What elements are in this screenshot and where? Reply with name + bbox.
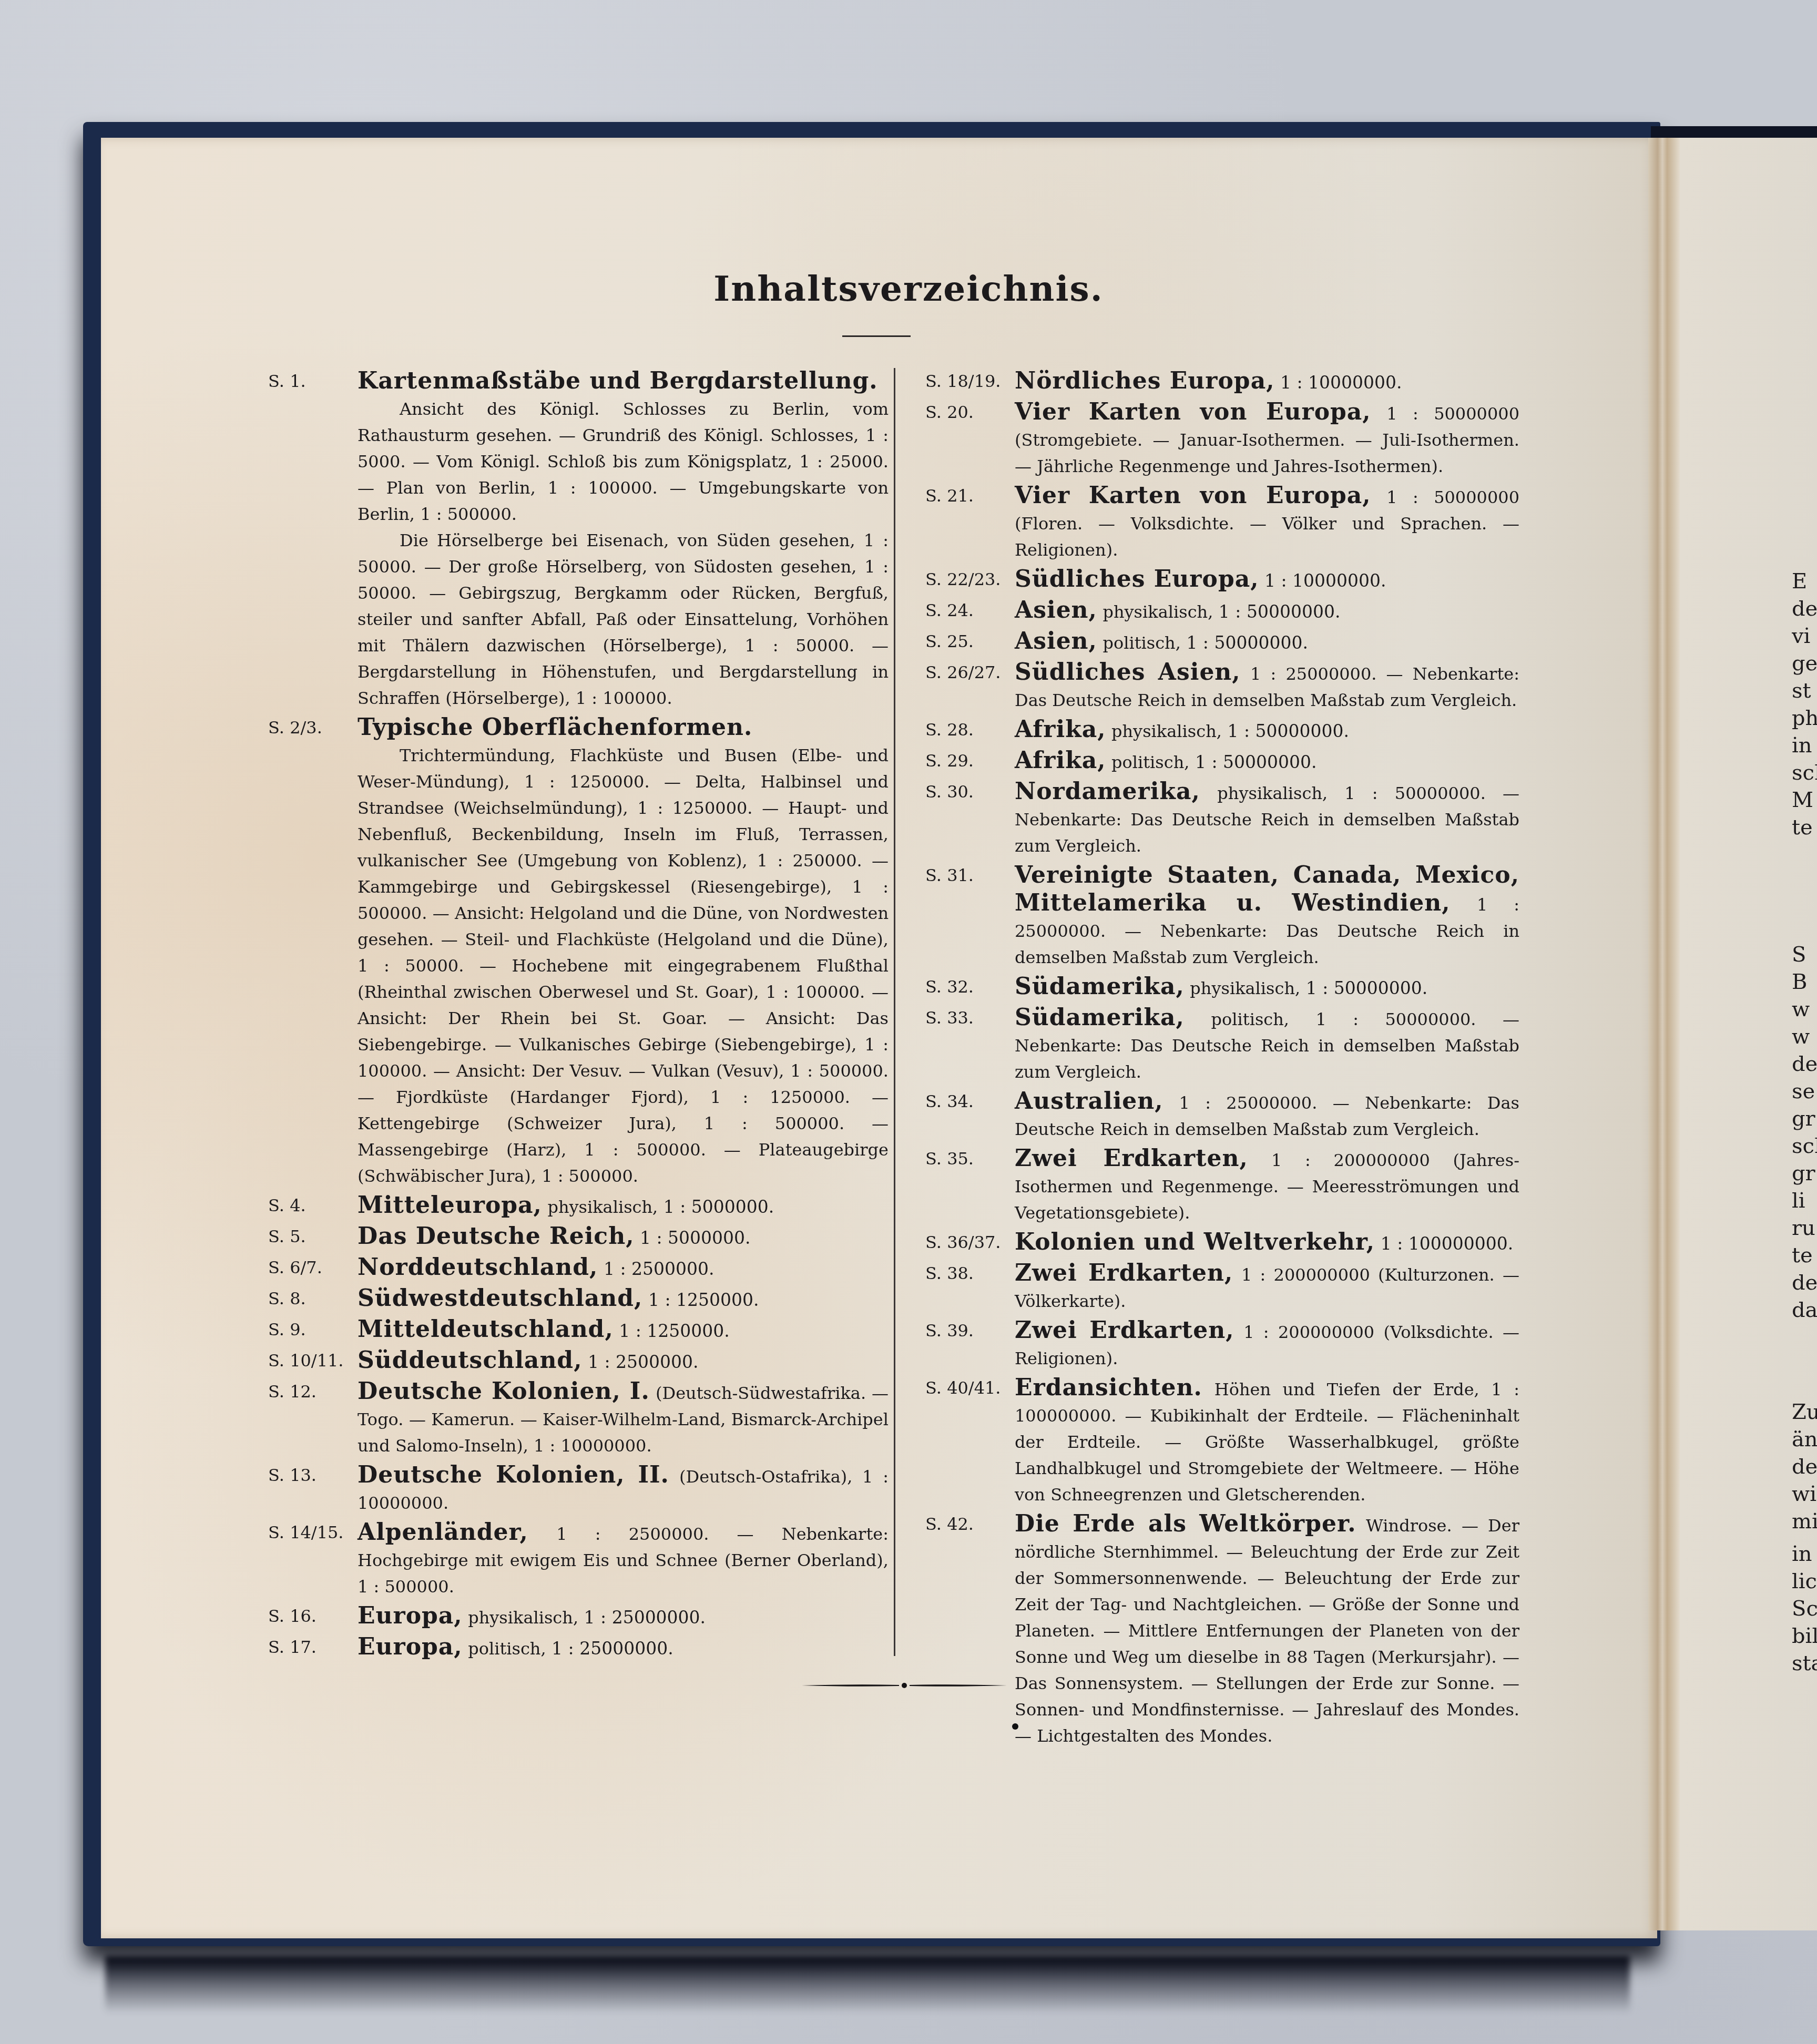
entry-heading: Die Erde als Weltkörper. xyxy=(1015,1510,1356,1537)
entry-heading: Südliches Europa, xyxy=(1015,566,1259,592)
facing-page-text-bottom: inlichSchbildstal xyxy=(1792,1540,1817,1677)
entry-body: Vier Karten von Europa, 1 : 50000000 (Fl… xyxy=(1015,483,1519,563)
entry-body: Norddeutschland, 1 : 2500000. xyxy=(358,1254,889,1282)
entry-heading: Afrika, xyxy=(1015,747,1106,774)
toc-entry: S. 18/19.Nördliches Europa, 1 : 10000000… xyxy=(925,368,1519,396)
entry-body: Asien, politisch, 1 : 50000000. xyxy=(1015,628,1519,656)
entry-body: Alpenländer, 1 : 2500000. — Nebenkarte: … xyxy=(358,1519,889,1600)
entry-heading: Typische Oberflächenformen. xyxy=(358,714,752,741)
entry-description: Trichtermündung, Flachküste und Busen (E… xyxy=(358,742,889,1189)
entry-body: Zwei Erdkarten, 1 : 200000000 (Kulturzon… xyxy=(1015,1260,1519,1314)
entry-body: Mitteleuropa, physikalisch, 1 : 5000000. xyxy=(358,1192,889,1220)
entry-note: Windrose. — Der nördliche Sternhimmel. —… xyxy=(1015,1516,1519,1746)
toc-entry: S. 32.Südamerika, physikalisch, 1 : 5000… xyxy=(925,974,1519,1001)
facing-page-text-top: EdevigestphinschMte xyxy=(1792,568,1817,841)
entry-body: Südliches Asien, 1 : 25000000. — Nebenka… xyxy=(1015,659,1519,713)
page-number: S. 17. xyxy=(268,1634,358,1662)
entry-heading: Nordamerika, xyxy=(1015,778,1200,805)
entry-body: Zwei Erdkarten, 1 : 200000000 (Volksdich… xyxy=(1015,1317,1519,1372)
entry-body: Erdansichten. Höhen und Tiefen der Erde,… xyxy=(1015,1375,1519,1508)
entry-body: Deutsche Kolonien, II. (Deutsch-Ostafrik… xyxy=(358,1462,889,1516)
facing-page-line: w xyxy=(1792,996,1817,1023)
facing-page-line: lich xyxy=(1792,1568,1817,1595)
page-number: S. 5. xyxy=(268,1223,358,1251)
entry-body: Typische Oberflächenformen.Trichtermündu… xyxy=(358,714,889,1189)
toc-entry: S. 17.Europa, politisch, 1 : 25000000. xyxy=(268,1634,889,1662)
toc-entry: S. 31.Vereinigte Staaten, Canada, Mexico… xyxy=(925,862,1519,970)
entry-heading: Südwestdeutschland, xyxy=(358,1285,642,1312)
entry-note: physikalisch, xyxy=(547,1197,658,1217)
facing-page-line: der xyxy=(1792,1453,1817,1480)
entry-heading: Deutsche Kolonien, II. xyxy=(358,1462,669,1488)
page-number: S. 40/41. xyxy=(925,1375,1015,1508)
facing-page-line: E xyxy=(1792,568,1817,595)
page-number: S. 35. xyxy=(925,1146,1015,1226)
toc-entry: S. 1.Kartenmaßstäbe und Bergdarstellung.… xyxy=(268,368,889,711)
entry-body: Vier Karten von Europa, 1 : 50000000 (St… xyxy=(1015,399,1519,479)
toc-entry: S. 39.Zwei Erdkarten, 1 : 200000000 (Vol… xyxy=(925,1317,1519,1372)
toc-entry: S. 22/23.Südliches Europa, 1 : 10000000. xyxy=(925,566,1519,594)
toc-entry: S. 33.Südamerika, politisch, 1 : 5000000… xyxy=(925,1005,1519,1085)
toc-entry: S. 24.Asien, physikalisch, 1 : 50000000. xyxy=(925,597,1519,625)
page-number: S. 28. xyxy=(925,717,1015,744)
toc-entry: S. 29.Afrika, politisch, 1 : 50000000. xyxy=(925,748,1519,775)
facing-page-line: te xyxy=(1792,814,1817,841)
title-rule xyxy=(842,335,911,337)
toc-entry: S. 35.Zwei Erdkarten, 1 : 200000000 (Jah… xyxy=(925,1146,1519,1226)
entry-scale: 1 : 25000000. xyxy=(584,1607,706,1628)
facing-page-line: der xyxy=(1792,1269,1817,1296)
entry-heading: Mitteleuropa, xyxy=(358,1192,542,1219)
toc-entry: S. 13.Deutsche Kolonien, II. (Deutsch-Os… xyxy=(268,1462,889,1516)
entry-heading: Europa, xyxy=(358,1602,463,1629)
entry-scale: 1 : 1250000. xyxy=(648,1290,759,1310)
facing-page-line: dar xyxy=(1792,1296,1817,1324)
toc-entry: S. 26/27.Südliches Asien, 1 : 25000000. … xyxy=(925,659,1519,713)
entry-scale: 1 : 10000000. xyxy=(1280,372,1402,393)
facing-page-line: in xyxy=(1792,1540,1817,1568)
entry-body: Europa, physikalisch, 1 : 25000000. xyxy=(358,1603,889,1631)
page-number: S. 24. xyxy=(925,597,1015,625)
entry-scale: 1 : 5000000. xyxy=(640,1228,751,1248)
entry-heading: Vereinigte Staaten, Canada, Mexico, Mitt… xyxy=(1015,862,1519,916)
toc-entry: S. 34.Australien, 1 : 25000000. — Nebenk… xyxy=(925,1088,1519,1142)
entry-scale: 1 : 25000000. xyxy=(552,1638,673,1659)
toc-entry: S. 36/37.Kolonien und Weltverkehr, 1 : 1… xyxy=(925,1229,1519,1257)
facing-page-line: ru xyxy=(1792,1214,1817,1242)
facing-page-line: Zu xyxy=(1792,1398,1817,1426)
page-number: S. 42. xyxy=(925,1511,1015,1749)
toc-entry: S. 9.Mitteldeutschland, 1 : 1250000. xyxy=(268,1316,889,1344)
entry-body: Nordamerika, physikalisch, 1 : 50000000.… xyxy=(1015,779,1519,859)
entry-scale: 1 : 50000000. xyxy=(1195,752,1317,772)
entry-body: Zwei Erdkarten, 1 : 200000000 (Jahres-Is… xyxy=(1015,1146,1519,1226)
entry-heading: Erdansichten. xyxy=(1015,1374,1202,1401)
entry-heading: Südliches Asien, xyxy=(1015,659,1241,686)
entry-body: Mitteldeutschland, 1 : 1250000. xyxy=(358,1316,889,1344)
page-number: S. 13. xyxy=(268,1462,358,1516)
toc-entry: S. 5.Das Deutsche Reich, 1 : 5000000. xyxy=(268,1223,889,1251)
entry-heading: Alpenländer, xyxy=(358,1519,528,1546)
toc-entry: S. 30.Nordamerika, physikalisch, 1 : 500… xyxy=(925,779,1519,859)
page-number: S. 26/27. xyxy=(925,659,1015,713)
page-number: S. 29. xyxy=(925,748,1015,775)
toc-entry: S. 16.Europa, physikalisch, 1 : 25000000… xyxy=(268,1603,889,1631)
page-number: S. 1. xyxy=(268,368,358,711)
entry-note: politisch, xyxy=(468,1639,546,1659)
entry-heading: Süddeutschland, xyxy=(358,1347,582,1374)
end-ornament-icon xyxy=(802,1682,1007,1689)
facing-page-line: M xyxy=(1792,786,1817,814)
page-number: S. 30. xyxy=(925,779,1015,859)
facing-page-line: w xyxy=(1792,1023,1817,1050)
page-number: S. 18/19. xyxy=(925,368,1015,396)
book-gutter xyxy=(1648,138,1680,1930)
facing-page-line: mit xyxy=(1792,1508,1817,1535)
entry-heading: Mitteldeutschland, xyxy=(358,1316,614,1343)
entry-note: physikalisch, xyxy=(468,1608,578,1628)
entry-heading: Zwei Erdkarten, xyxy=(1015,1145,1248,1172)
book-shadow xyxy=(105,1956,1630,2014)
entry-body: Das Deutsche Reich, 1 : 5000000. xyxy=(358,1223,889,1251)
toc-entry: S. 2/3.Typische Oberflächenformen.Tricht… xyxy=(268,714,889,1189)
facing-page-line: S xyxy=(1792,941,1817,968)
entry-heading: Europa, xyxy=(358,1633,463,1660)
facing-page-line: gr xyxy=(1792,1105,1817,1132)
toc-entry: S. 38.Zwei Erdkarten, 1 : 200000000 (Kul… xyxy=(925,1260,1519,1314)
page-number: S. 2/3. xyxy=(268,714,358,1189)
entry-heading: Australien, xyxy=(1015,1088,1163,1115)
toc-entry: S. 6/7.Norddeutschland, 1 : 2500000. xyxy=(268,1254,889,1282)
page-title: Inhaltsverzeichnis. xyxy=(0,268,1817,309)
entry-scale: 1 : 50000000. xyxy=(1227,721,1349,741)
page-number: S. 33. xyxy=(925,1005,1015,1085)
entry-body: Afrika, physikalisch, 1 : 50000000. xyxy=(1015,717,1519,744)
entry-note: physikalisch, xyxy=(1103,602,1213,622)
page-number: S. 12. xyxy=(268,1378,358,1459)
page-number: S. 4. xyxy=(268,1192,358,1220)
entry-body: Nördliches Europa, 1 : 10000000. xyxy=(1015,368,1519,396)
page-number: S. 9. xyxy=(268,1316,358,1344)
ink-dot xyxy=(1012,1723,1018,1730)
entry-note: politisch, xyxy=(1111,752,1189,772)
page-number: S. 34. xyxy=(925,1088,1015,1142)
entry-body: Südliches Europa, 1 : 10000000. xyxy=(1015,566,1519,594)
page-number: S. 14/15. xyxy=(268,1519,358,1600)
page-number: S. 39. xyxy=(925,1317,1015,1372)
toc-entry: S. 12.Deutsche Kolonien, I. (Deutsch-Süd… xyxy=(268,1378,889,1459)
entry-scale: 1 : 50000000. xyxy=(1306,978,1428,998)
toc-entry: S. 21.Vier Karten von Europa, 1 : 500000… xyxy=(925,483,1519,563)
entry-heading: Zwei Erdkarten, xyxy=(1015,1260,1233,1286)
toc-entry: S. 25.Asien, politisch, 1 : 50000000. xyxy=(925,628,1519,656)
entry-body: Südamerika, politisch, 1 : 50000000. — N… xyxy=(1015,1005,1519,1085)
page-number: S. 36/37. xyxy=(925,1229,1015,1257)
entry-heading: Asien, xyxy=(1015,597,1097,624)
toc-entry: S. 10/11.Süddeutschland, 1 : 2500000. xyxy=(268,1347,889,1375)
page-number: S. 38. xyxy=(925,1260,1015,1314)
toc-entry: S. 14/15.Alpenländer, 1 : 2500000. — Neb… xyxy=(268,1519,889,1600)
page-number: S. 25. xyxy=(925,628,1015,656)
entry-body: Vereinigte Staaten, Canada, Mexico, Mitt… xyxy=(1015,862,1519,970)
toc-right-column: S. 18/19.Nördliches Europa, 1 : 10000000… xyxy=(925,368,1519,1752)
entry-heading: Kolonien und Weltverkehr, xyxy=(1015,1229,1375,1255)
page-number: S. 16. xyxy=(268,1603,358,1631)
entry-description: Die Hörselberge bei Eisenach, von Süden … xyxy=(358,527,889,711)
page-number: S. 8. xyxy=(268,1285,358,1313)
toc-entry: S. 20.Vier Karten von Europa, 1 : 500000… xyxy=(925,399,1519,479)
entry-note: physikalisch, xyxy=(1190,978,1300,998)
facing-page-line: äni xyxy=(1792,1426,1817,1453)
facing-page-text-lower: Zuäniderwirmit xyxy=(1792,1398,1817,1535)
entry-body: Deutsche Kolonien, I. (Deutsch-Südwestaf… xyxy=(358,1378,889,1459)
facing-page-line: wir xyxy=(1792,1480,1817,1508)
entry-scale: 1 : 100000000. xyxy=(1381,1233,1514,1254)
entry-body: Kartenmaßstäbe und Bergdarstellung.Ansic… xyxy=(358,368,889,711)
facing-page-line: sch xyxy=(1792,759,1817,786)
column-divider xyxy=(894,368,895,1656)
facing-page-line: vi xyxy=(1792,622,1817,650)
facing-page-line: te xyxy=(1792,1242,1817,1269)
facing-page-line: in xyxy=(1792,732,1817,759)
entry-scale: 1 : 50000000. xyxy=(1219,601,1341,622)
entry-body: Europa, politisch, 1 : 25000000. xyxy=(358,1634,889,1662)
page-number: S. 22/23. xyxy=(925,566,1015,594)
entry-body: Südamerika, physikalisch, 1 : 50000000. xyxy=(1015,974,1519,1001)
facing-page-line: ge xyxy=(1792,650,1817,677)
entry-note: physikalisch, xyxy=(1111,721,1222,741)
entry-heading: Deutsche Kolonien, I. xyxy=(358,1378,650,1405)
facing-page-line: st xyxy=(1792,677,1817,704)
facing-page-line: de xyxy=(1792,595,1817,622)
facing-page-line: bild xyxy=(1792,1622,1817,1650)
toc-entry: S. 8.Südwestdeutschland, 1 : 1250000. xyxy=(268,1285,889,1313)
facing-page-line: se xyxy=(1792,1078,1817,1105)
entry-body: Kolonien und Weltverkehr, 1 : 100000000. xyxy=(1015,1229,1519,1257)
entry-heading: Asien, xyxy=(1015,628,1097,655)
entry-heading: Vier Karten von Europa, xyxy=(1015,482,1371,509)
toc-entry: S. 28.Afrika, physikalisch, 1 : 50000000… xyxy=(925,717,1519,744)
entry-body: Asien, physikalisch, 1 : 50000000. xyxy=(1015,597,1519,625)
facing-page-text-middle: SBwwdesegrschgrlirutederdar xyxy=(1792,941,1817,1324)
entry-heading: Südamerika, xyxy=(1015,973,1185,1000)
page-number: S. 10/11. xyxy=(268,1347,358,1375)
entry-heading: Afrika, xyxy=(1015,716,1106,743)
entry-body: Südwestdeutschland, 1 : 1250000. xyxy=(358,1285,889,1313)
entry-scale: 1 : 2500000. xyxy=(604,1259,714,1279)
facing-page-line: B xyxy=(1792,968,1817,996)
entry-description: Ansicht des Königl. Schlosses zu Berlin,… xyxy=(358,396,889,527)
entry-body: Afrika, politisch, 1 : 50000000. xyxy=(1015,748,1519,775)
facing-page-line: sch xyxy=(1792,1132,1817,1160)
entry-scale: 1 : 50000000. xyxy=(1186,632,1308,653)
toc-entry: S. 4.Mitteleuropa, physikalisch, 1 : 500… xyxy=(268,1192,889,1220)
entry-scale: 1 : 1250000. xyxy=(619,1321,730,1341)
entry-body: Australien, 1 : 25000000. — Nebenkarte: … xyxy=(1015,1088,1519,1142)
page-number: S. 31. xyxy=(925,862,1015,970)
entry-heading: Norddeutschland, xyxy=(358,1254,598,1281)
toc-entry: S. 42.Die Erde als Weltkörper. Windrose.… xyxy=(925,1511,1519,1749)
entry-heading: Zwei Erdkarten, xyxy=(1015,1317,1234,1344)
facing-page-line: ph xyxy=(1792,704,1817,732)
toc-entry: S. 40/41.Erdansichten. Höhen und Tiefen … xyxy=(925,1375,1519,1508)
entry-heading: Südamerika, xyxy=(1015,1004,1185,1031)
facing-page-line: de xyxy=(1792,1050,1817,1078)
entry-scale: 1 : 2500000. xyxy=(588,1352,699,1372)
entry-heading: Das Deutsche Reich, xyxy=(358,1223,634,1250)
entry-scale: 1 : 5000000. xyxy=(663,1197,774,1217)
page-number: S. 6/7. xyxy=(268,1254,358,1282)
entry-heading: Vier Karten von Europa, xyxy=(1015,398,1371,425)
entry-heading: Nördliches Europa, xyxy=(1015,367,1274,394)
page-number: S. 32. xyxy=(925,974,1015,1001)
entry-note: politisch, xyxy=(1103,633,1180,653)
facing-page-line: li xyxy=(1792,1187,1817,1214)
page-number: S. 20. xyxy=(925,399,1015,479)
toc-left-column: S. 1.Kartenmaßstäbe und Bergdarstellung.… xyxy=(268,368,889,1665)
entry-body: Die Erde als Weltkörper. Windrose. — Der… xyxy=(1015,1511,1519,1749)
facing-page-line: stal xyxy=(1792,1650,1817,1677)
facing-page-line: Sch xyxy=(1792,1595,1817,1622)
page-number: S. 21. xyxy=(925,483,1015,563)
entry-scale: 1 : 10000000. xyxy=(1264,570,1386,591)
entry-body: Süddeutschland, 1 : 2500000. xyxy=(358,1347,889,1375)
facing-page-line: gr xyxy=(1792,1160,1817,1187)
entry-heading: Kartenmaßstäbe und Bergdarstellung. xyxy=(358,367,878,394)
